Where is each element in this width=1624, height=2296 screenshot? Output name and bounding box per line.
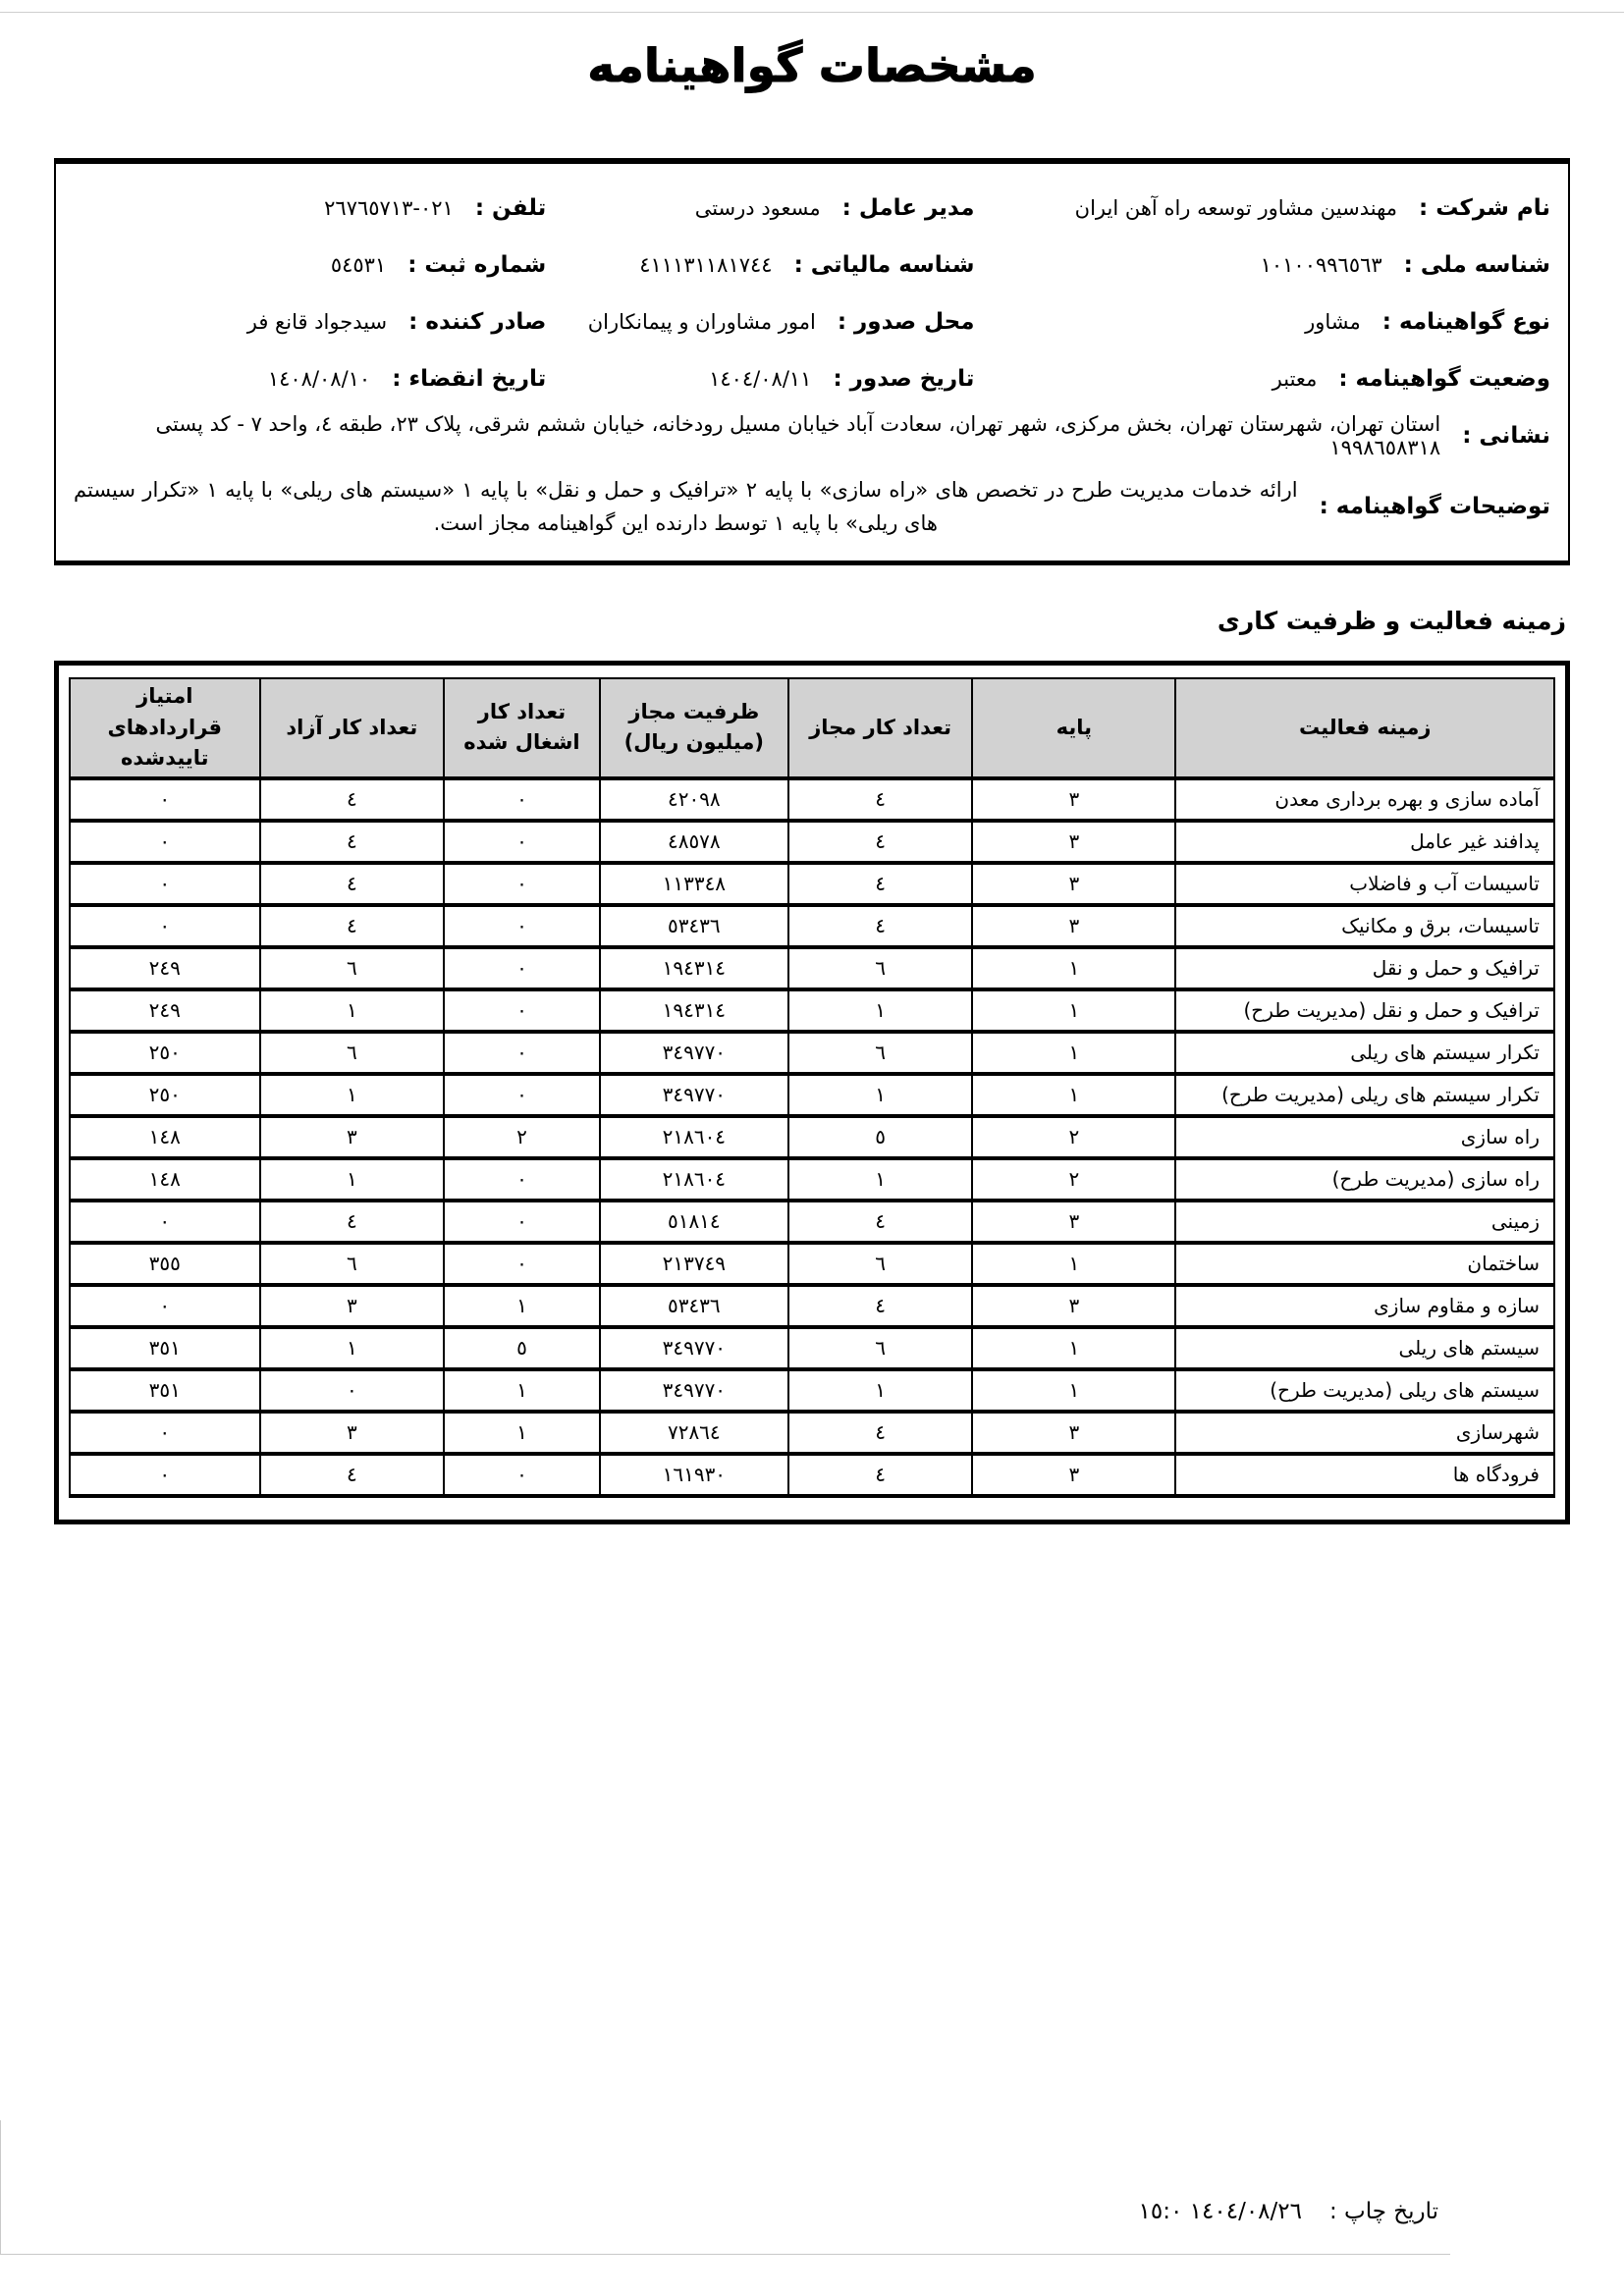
cell-approved-contracts-score: ٠ [70,778,260,821]
cell-free-work-count: ٣ [260,1285,444,1327]
phone-value: ٠٢١-٢٦٧٦٥٧١٣ [324,196,454,220]
info-row-3: نوع گواهینامه : مشاور محل صدور : امور مش… [74,294,1550,350]
cell-occupied-work-count: ٠ [444,905,600,947]
cell-allowed-capacity: ١٩٤٣١٤ [600,947,788,989]
info-row-2: شناسه ملی : ١٠١٠٠٩٩٦٥٦٣ شناسه مالیاتی : … [74,237,1550,294]
cell-allowed-capacity: ٧٢٨٦٤ [600,1412,788,1454]
table-row: تکرار سیستم های ریلی١٦٣٤٩٧٧٠٠٦٢٥٠ [70,1032,1554,1074]
field-ceo: مدیر عامل : مسعود درستی [546,195,974,221]
ceo-label: مدیر عامل : [842,195,975,221]
cell-approved-contracts-score: ٣٥١ [70,1369,260,1412]
cell-allowed-capacity: ٣٤٩٧٧٠ [600,1032,788,1074]
cell-approved-contracts-score: ٢٥٠ [70,1032,260,1074]
cell-occupied-work-count: ٠ [444,1158,600,1201]
cell-occupied-work-count: ٠ [444,821,600,863]
cell-occupied-work-count: ٠ [444,1074,600,1116]
header-activity: زمینه فعالیت [1175,678,1554,778]
header-occupied-work-count: تعداد کار اشغال شده [444,678,600,778]
description-label: توضیحات گواهینامه : [1320,494,1550,519]
cell-activity: شهرسازی [1175,1412,1554,1454]
cell-allowed-capacity: ٤٨٥٧٨ [600,821,788,863]
cell-free-work-count: ٦ [260,1243,444,1285]
cell-activity: فرودگاه ها [1175,1454,1554,1496]
activity-table: زمینه فعالیت پایه تعداد کار مجاز ظرفیت م… [69,677,1555,1498]
cell-activity: راه سازی [1175,1116,1554,1158]
table-row: سیستم های ریلی (مدیریت طرح)١١٣٤٩٧٧٠١٠٣٥١ [70,1369,1554,1412]
cell-grade: ١ [972,1032,1175,1074]
document-sheet: نام شرکت : مهندسین مشاور توسعه راه آهن ا… [54,158,1570,1524]
field-phone: تلفن : ٠٢١-٢٦٧٦٥٧١٣ [74,195,546,221]
cell-allowed-work-count: ١ [788,989,972,1032]
cell-activity: پدافند غیر عامل [1175,821,1554,863]
activity-table-body: آماده سازی و بهره برداری معدن٣٤٤٢٠٩٨٠٤٠پ… [70,778,1554,1496]
cell-occupied-work-count: ١ [444,1285,600,1327]
table-row: راه سازی (مدیریت طرح)٢١٢١٨٦٠٤٠١١٤٨ [70,1158,1554,1201]
cell-free-work-count: ١ [260,989,444,1032]
table-row: زمینی٣٤٥١٨١٤٠٤٠ [70,1201,1554,1243]
cell-approved-contracts-score: ٠ [70,1285,260,1327]
registration-number-label: شماره ثبت : [407,252,546,278]
cell-approved-contracts-score: ٢٤٩ [70,947,260,989]
cell-allowed-work-count: ٦ [788,1327,972,1369]
cell-approved-contracts-score: ١٤٨ [70,1116,260,1158]
cell-free-work-count: ٤ [260,821,444,863]
cell-allowed-capacity: ١١٣٣٤٨ [600,863,788,905]
activity-table-box: زمینه فعالیت پایه تعداد کار مجاز ظرفیت م… [54,661,1570,1524]
cell-approved-contracts-score: ٠ [70,1201,260,1243]
cell-allowed-capacity: ٤٢٠٩٨ [600,778,788,821]
cell-allowed-capacity: ٣٤٩٧٧٠ [600,1369,788,1412]
field-issuer: صادر کننده : سیدجواد قانع فر [74,309,546,335]
address-label: نشانی : [1462,423,1550,449]
cell-grade: ١ [972,1327,1175,1369]
cell-grade: ٣ [972,821,1175,863]
cell-free-work-count: ١ [260,1327,444,1369]
table-row: آماده سازی و بهره برداری معدن٣٤٤٢٠٩٨٠٤٠ [70,778,1554,821]
ceo-value: مسعود درستی [695,196,821,220]
address-value: استان تهران، شهرستان تهران، بخش مرکزی، ش… [74,412,1440,459]
company-name-value: مهندسین مشاور توسعه راه آهن ایران [1075,196,1397,220]
cell-allowed-work-count: ٦ [788,1032,972,1074]
cell-grade: ١ [972,947,1175,989]
field-registration-number: شماره ثبت : ٥٤٥٣١ [74,252,546,278]
cell-activity: تاسیسات آب و فاضلاب [1175,863,1554,905]
cell-approved-contracts-score: ٣٥١ [70,1327,260,1369]
cell-grade: ٢ [972,1116,1175,1158]
cell-allowed-capacity: ١٦١٩٣٠ [600,1454,788,1496]
print-date-value: ١٤٠٤/٠٨/٢٦ ١٥:٠ [1139,2199,1302,2224]
tax-id-value: ٤١١١٣١١٨١٧٤٤ [639,253,772,277]
cell-allowed-capacity: ٢١٣٧٤٩ [600,1243,788,1285]
cell-allowed-work-count: ٤ [788,1285,972,1327]
table-row: شهرسازی٣٤٧٢٨٦٤١٣٠ [70,1412,1554,1454]
cell-free-work-count: ٤ [260,1201,444,1243]
print-footer: تاریخ چاپ : ١٤٠٤/٠٨/٢٦ ١٥:٠ [0,2120,1450,2255]
cell-free-work-count: ٦ [260,947,444,989]
cell-allowed-work-count: ٤ [788,863,972,905]
expiry-date-label: تاریخ انقضاء : [392,366,546,392]
cell-allowed-work-count: ٥ [788,1116,972,1158]
cell-grade: ٣ [972,863,1175,905]
company-name-label: نام شرکت : [1419,195,1550,221]
cell-occupied-work-count: ٠ [444,947,600,989]
cell-approved-contracts-score: ٠ [70,821,260,863]
cell-allowed-capacity: ٢١٨٦٠٤ [600,1116,788,1158]
cell-grade: ٣ [972,778,1175,821]
cell-activity: سازه و مقاوم سازی [1175,1285,1554,1327]
field-expiry-date: تاریخ انقضاء : ١٤٠٨/٠٨/١٠ [74,366,546,392]
cell-occupied-work-count: ٢ [444,1116,600,1158]
cell-activity: ساختمان [1175,1243,1554,1285]
cell-approved-contracts-score: ٠ [70,1412,260,1454]
cell-approved-contracts-score: ٢٥٠ [70,1074,260,1116]
table-row: ترافیک و حمل و نقل (مدیریت طرح)١١١٩٤٣١٤٠… [70,989,1554,1032]
cell-occupied-work-count: ٠ [444,989,600,1032]
info-row-4: وضعیت گواهینامه : معتبر تاریخ صدور : ١٤٠… [74,350,1550,407]
table-row: تاسیسات آب و فاضلاب٣٤١١٣٣٤٨٠٤٠ [70,863,1554,905]
cell-approved-contracts-score: ١٤٨ [70,1158,260,1201]
cell-free-work-count: ٦ [260,1032,444,1074]
cell-free-work-count: ١ [260,1074,444,1116]
field-issue-date: تاریخ صدور : ١٤٠٤/٠٨/١١ [546,366,974,392]
cell-grade: ٣ [972,1285,1175,1327]
cell-allowed-capacity: ١٩٤٣١٤ [600,989,788,1032]
issuer-label: صادر کننده : [408,309,546,335]
cell-activity: سیستم های ریلی (مدیریت طرح) [1175,1369,1554,1412]
cell-allowed-capacity: ٥٣٤٣٦ [600,1285,788,1327]
table-row: راه سازی٢٥٢١٨٦٠٤٢٣١٤٨ [70,1116,1554,1158]
certificate-status-label: وضعیت گواهینامه : [1338,366,1550,392]
national-id-label: شناسه ملی : [1404,252,1550,278]
table-row: پدافند غیر عامل٣٤٤٨٥٧٨٠٤٠ [70,821,1554,863]
table-row: سازه و مقاوم سازی٣٤٥٣٤٣٦١٣٠ [70,1285,1554,1327]
cell-free-work-count: ٤ [260,905,444,947]
cell-free-work-count: ٣ [260,1116,444,1158]
cell-allowed-capacity: ٥٣٤٣٦ [600,905,788,947]
cell-allowed-work-count: ٤ [788,905,972,947]
cell-occupied-work-count: ٥ [444,1327,600,1369]
cell-occupied-work-count: ٠ [444,1454,600,1496]
field-issue-place: محل صدور : امور مشاوران و پیمانکاران [546,309,974,335]
cell-activity: ترافیک و حمل و نقل [1175,947,1554,989]
cell-free-work-count: ٤ [260,778,444,821]
cell-allowed-work-count: ٤ [788,821,972,863]
field-national-id: شناسه ملی : ١٠١٠٠٩٩٦٥٦٣ [974,252,1550,278]
field-description: توضیحات گواهینامه : ارائه خدمات مدیریت ط… [74,464,1550,549]
description-value: ارائه خدمات مدیریت طرح در تخصص های «راه … [74,473,1298,540]
national-id-value: ١٠١٠٠٩٩٦٥٦٣ [1261,253,1382,277]
phone-label: تلفن : [475,195,546,221]
header-free-work-count: تعداد کار آزاد [260,678,444,778]
field-address: نشانی : استان تهران، شهرستان تهران، بخش … [74,407,1550,464]
cell-occupied-work-count: ٠ [444,778,600,821]
page-title: مشخصات گواهینامه [0,0,1624,93]
table-row: تاسیسات، برق و مکانیک٣٤٥٣٤٣٦٠٤٠ [70,905,1554,947]
certificate-status-value: معتبر [1272,367,1318,391]
cell-grade: ٣ [972,1201,1175,1243]
cell-allowed-work-count: ٦ [788,947,972,989]
issue-date-value: ١٤٠٤/٠٨/١١ [709,367,811,391]
cell-allowed-capacity: ٣٤٩٧٧٠ [600,1327,788,1369]
page-top-rule [0,12,1624,13]
cell-allowed-work-count: ١ [788,1158,972,1201]
issuer-value: سیدجواد قانع فر [247,310,387,334]
cell-occupied-work-count: ٠ [444,1032,600,1074]
field-certificate-type: نوع گواهینامه : مشاور [974,309,1550,335]
print-date-label: تاریخ چاپ : [1329,2199,1438,2224]
cell-approved-contracts-score: ٠ [70,1454,260,1496]
cell-activity: زمینی [1175,1201,1554,1243]
issue-date-label: تاریخ صدور : [833,366,974,392]
cell-grade: ٣ [972,1454,1175,1496]
cell-occupied-work-count: ٠ [444,863,600,905]
info-row-1: نام شرکت : مهندسین مشاور توسعه راه آهن ا… [74,180,1550,237]
header-approved-contracts-score: امتیاز قراردادهای تاییدشده [70,678,260,778]
cell-free-work-count: ٤ [260,1454,444,1496]
table-row: سیستم های ریلی١٦٣٤٩٧٧٠٥١٣٥١ [70,1327,1554,1369]
cell-grade: ١ [972,989,1175,1032]
header-allowed-work-count: تعداد کار مجاز [788,678,972,778]
table-row: تکرار سیستم های ریلی (مدیریت طرح)١١٣٤٩٧٧… [70,1074,1554,1116]
cell-allowed-work-count: ١ [788,1074,972,1116]
cell-approved-contracts-score: ٠ [70,905,260,947]
cell-occupied-work-count: ٠ [444,1201,600,1243]
tax-id-label: شناسه مالیاتی : [794,252,975,278]
cell-activity: تکرار سیستم های ریلی (مدیریت طرح) [1175,1074,1554,1116]
table-row: ساختمان١٦٢١٣٧٤٩٠٦٣٥٥ [70,1243,1554,1285]
certificate-page: { "page": { "title": "مشخصات گواهینامه" … [0,0,1624,2296]
cell-approved-contracts-score: ٣٥٥ [70,1243,260,1285]
cell-allowed-work-count: ٤ [788,1412,972,1454]
cell-allowed-work-count: ١ [788,1369,972,1412]
cell-allowed-capacity: ٥١٨١٤ [600,1201,788,1243]
section-title: زمینه فعالیت و ظرفیت کاری [54,607,1566,635]
cell-activity: ترافیک و حمل و نقل (مدیریت طرح) [1175,989,1554,1032]
cell-allowed-capacity: ٢١٨٦٠٤ [600,1158,788,1201]
cell-free-work-count: ٣ [260,1412,444,1454]
table-header-row: زمینه فعالیت پایه تعداد کار مجاز ظرفیت م… [70,678,1554,778]
issue-place-value: امور مشاوران و پیمانکاران [588,310,816,334]
cell-approved-contracts-score: ٠ [70,863,260,905]
cell-free-work-count: ٤ [260,863,444,905]
cell-occupied-work-count: ٠ [444,1243,600,1285]
header-allowed-capacity: ظرفیت مجاز (میلیون ریال) [600,678,788,778]
cell-activity: سیستم های ریلی [1175,1327,1554,1369]
certificate-type-label: نوع گواهینامه : [1382,309,1550,335]
cell-allowed-capacity: ٣٤٩٧٧٠ [600,1074,788,1116]
cell-occupied-work-count: ١ [444,1412,600,1454]
expiry-date-value: ١٤٠٨/٠٨/١٠ [268,367,370,391]
cell-activity: تکرار سیستم های ریلی [1175,1032,1554,1074]
cell-occupied-work-count: ١ [444,1369,600,1412]
cell-grade: ٣ [972,905,1175,947]
table-row: فرودگاه ها٣٤١٦١٩٣٠٠٤٠ [70,1454,1554,1496]
issue-place-label: محل صدور : [838,309,975,335]
cell-grade: ١ [972,1074,1175,1116]
cell-grade: ١ [972,1369,1175,1412]
cell-grade: ١ [972,1243,1175,1285]
cell-allowed-work-count: ٤ [788,1454,972,1496]
cell-activity: تاسیسات، برق و مکانیک [1175,905,1554,947]
cell-grade: ٢ [972,1158,1175,1201]
header-grade: پایه [972,678,1175,778]
table-row: ترافیک و حمل و نقل١٦١٩٤٣١٤٠٦٢٤٩ [70,947,1554,989]
cell-free-work-count: ٠ [260,1369,444,1412]
cell-activity: آماده سازی و بهره برداری معدن [1175,778,1554,821]
cell-allowed-work-count: ٤ [788,1201,972,1243]
field-company-name: نام شرکت : مهندسین مشاور توسعه راه آهن ا… [974,195,1550,221]
registration-number-value: ٥٤٥٣١ [331,253,386,277]
field-certificate-status: وضعیت گواهینامه : معتبر [974,366,1550,392]
field-tax-id: شناسه مالیاتی : ٤١١١٣١١٨١٧٤٤ [546,252,974,278]
cell-allowed-work-count: ٦ [788,1243,972,1285]
cell-free-work-count: ١ [260,1158,444,1201]
cell-grade: ٣ [972,1412,1175,1454]
certificate-info-box: نام شرکت : مهندسین مشاور توسعه راه آهن ا… [54,158,1570,565]
cell-approved-contracts-score: ٢٤٩ [70,989,260,1032]
certificate-type-value: مشاور [1305,310,1361,334]
cell-activity: راه سازی (مدیریت طرح) [1175,1158,1554,1201]
cell-allowed-work-count: ٤ [788,778,972,821]
